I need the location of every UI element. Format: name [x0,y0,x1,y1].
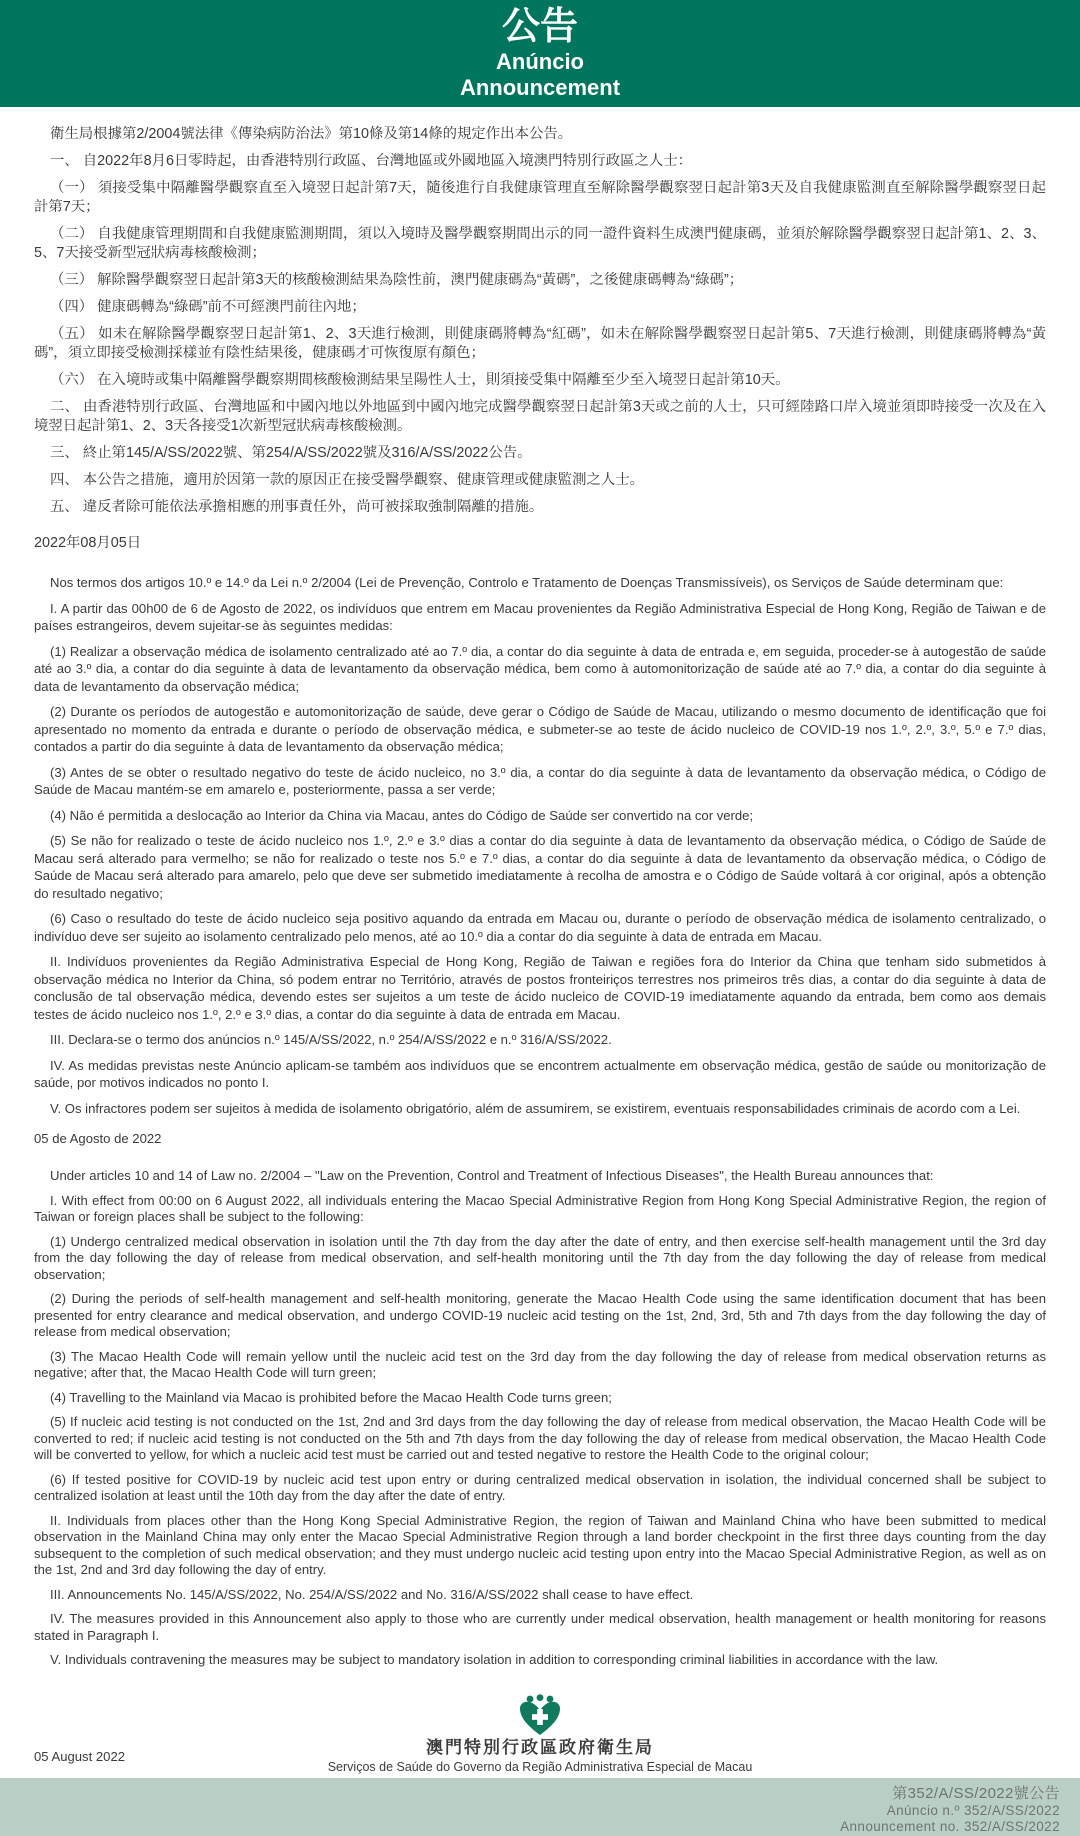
page-title-zh: 公告 [0,5,1080,49]
page-title-en: Announcement [0,75,1080,101]
paragraph: (1) Undergo centralized medical observat… [34,1234,1046,1284]
paragraph: （三） 解除醫學觀察翌日起計第3天的核酸檢測結果為陰性前，澳門健康碼為“黃碼”，… [34,271,1046,290]
paragraph: (3) The Macao Health Code will remain ye… [34,1349,1046,1382]
announcement-number-pt: Anúncio n.º 352/A/SS/2022 [0,1803,1060,1819]
announcement-number-en: Announcement no. 352/A/SS/2022 [0,1819,1060,1835]
paragraph: 一、 自2022年8月6日零時起，由香港特別行政區、台灣地區或外國地區入境澳門特… [34,152,1046,171]
paragraph: II. Individuals from places other than t… [34,1513,1046,1579]
paragraph: (2) During the periods of self-health ma… [34,1291,1046,1341]
org-name-zh: 澳門特別行政區政府衛生局 [0,1738,1080,1758]
paragraph: IV. As medidas previstas neste Anúncio a… [34,1057,1046,1092]
paragraph: (3) Antes de se obter o resultado negati… [34,764,1046,799]
paragraph: (5) If nucleic acid testing is not condu… [34,1414,1046,1464]
paragraph: V. Individuals contravening the measures… [34,1652,1046,1669]
paragraph: Under articles 10 and 14 of Law no. 2/20… [34,1168,1046,1185]
paragraph: IV. The measures provided in this Announ… [34,1611,1046,1644]
paragraph: Nos termos dos artigos 10.º e 14.º da Le… [34,574,1046,592]
paragraph: (5) Se não for realizado o teste de ácid… [34,832,1046,902]
page-title-pt: Anúncio [0,49,1080,75]
section-chinese: 衛生局根據第2/2004號法律《傳染病防治法》第10條及第14條的規定作出本公告… [34,125,1046,552]
paragraph: （二） 自我健康管理期間和自我健康監測期間，須以入境時及醫學觀察期間出示的同一證… [34,225,1046,263]
paragraph: (4) Não é permitida a deslocação ao Inte… [34,807,1046,825]
announcement-number-band: 第352/A/SS/2022號公告 Anúncio n.º 352/A/SS/2… [0,1778,1080,1836]
date-pt: 05 de Agosto de 2022 [34,1131,1046,1146]
paragraph: I. A partir das 00h00 de 6 de Agosto de … [34,600,1046,635]
paragraph: (4) Travelling to the Mainland via Macao… [34,1390,1046,1407]
announcement-body: 衛生局根據第2/2004號法律《傳染病防治法》第10條及第14條的規定作出本公告… [0,107,1080,1669]
paragraph: III. Declara-se o termo dos anúncios n.º… [34,1031,1046,1049]
paragraph: 四、 本公告之措施，適用於因第一款的原因正在接受醫學觀察、健康管理或健康監測之人… [34,471,1046,490]
paragraph: II. Indivíduos provenientes da Região Ad… [34,953,1046,1023]
paragraph: 五、 違反者除可能依法承擔相應的刑事責任外，尚可被採取強制隔離的措施。 [34,498,1046,517]
english-paragraphs: Under articles 10 and 14 of Law no. 2/20… [34,1168,1046,1669]
org-name-pt: Serviços de Saúde do Governo da Região A… [0,1760,1080,1774]
paragraph: (6) If tested positive for COVID-19 by n… [34,1472,1046,1505]
health-bureau-signature: 澳門特別行政區政府衛生局 Serviços de Saúde do Govern… [0,1694,1080,1774]
paragraph: 三、 終止第145/A/SS/2022號、第254/A/SS/2022號及316… [34,444,1046,463]
section-portuguese: Nos termos dos artigos 10.º e 14.º da Le… [34,574,1046,1146]
paragraph: V. Os infractores podem ser sujeitos à m… [34,1100,1046,1118]
chinese-paragraphs: 衛生局根據第2/2004號法律《傳染病防治法》第10條及第14條的規定作出本公告… [34,125,1046,517]
date-zh: 2022年08月05日 [34,531,1046,552]
paragraph: （一） 須接受集中隔離醫學觀察直至入境翌日起計第7天，隨後進行自我健康管理直至解… [34,179,1046,217]
paragraph: (2) Durante os períodos de autogestão e … [34,703,1046,756]
paragraph: (1) Realizar a observação médica de isol… [34,643,1046,696]
portuguese-paragraphs: Nos termos dos artigos 10.º e 14.º da Le… [34,574,1046,1117]
paragraph: （四） 健康碼轉為“綠碼”前不可經澳門前往內地； [34,298,1046,317]
paragraph: III. Announcements No. 145/A/SS/2022, No… [34,1587,1046,1604]
paragraph: (6) Caso o resultado do teste de ácido n… [34,910,1046,945]
section-english: Under articles 10 and 14 of Law no. 2/20… [34,1168,1046,1669]
paragraph: （五） 如未在解除醫學觀察翌日起計第1、2、3天進行檢測，則健康碼將轉為“紅碼”… [34,325,1046,363]
health-bureau-heart-logo-icon [517,1694,563,1736]
announcement-header: 公告 Anúncio Announcement [0,0,1080,107]
paragraph: I. With effect from 00:00 on 6 August 20… [34,1193,1046,1226]
paragraph: （六） 在入境時或集中隔離醫學觀察期間核酸檢測結果呈陽性人士，則須接受集中隔離至… [34,371,1046,390]
paragraph: 二、 由香港特別行政區、台灣地區和中國內地以外地區到中國內地完成醫學觀察翌日起計… [34,398,1046,436]
paragraph: 衛生局根據第2/2004號法律《傳染病防治法》第10條及第14條的規定作出本公告… [34,125,1046,144]
announcement-number-zh: 第352/A/SS/2022號公告 [0,1785,1060,1803]
